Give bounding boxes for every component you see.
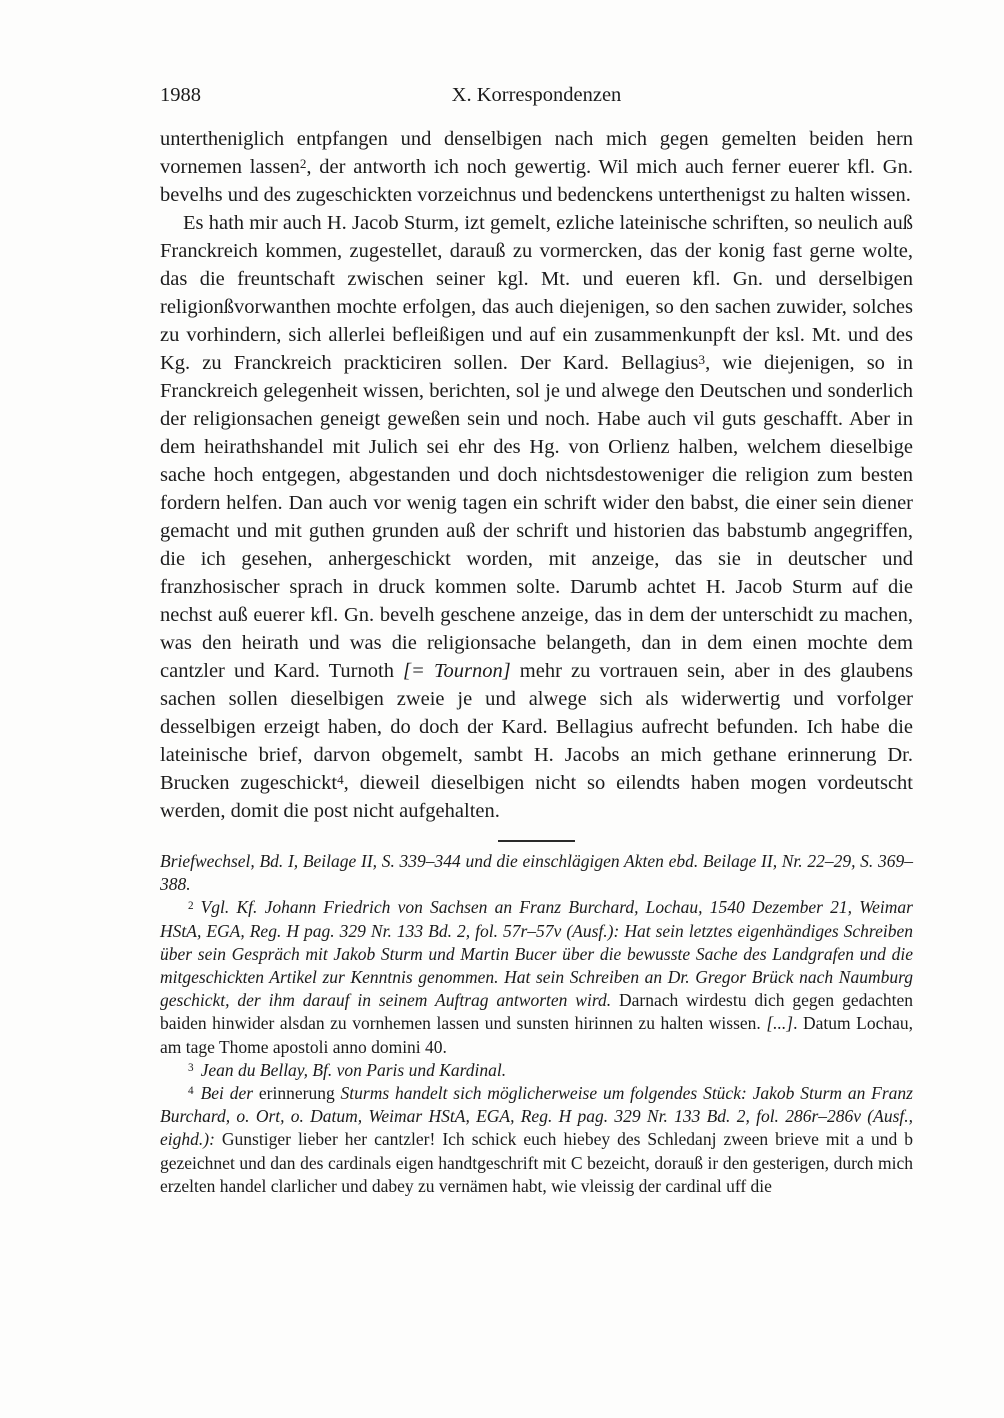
- scanned-book-page: 1988 X. Korrespondenzen untertheniglich …: [0, 0, 1004, 1418]
- footnote-marker: 3: [188, 1062, 194, 1074]
- text-run: , wie diejenigen, so in Franckreich gele…: [160, 352, 913, 682]
- footnotes-section: Briefwechsel, Bd. I, Beilage II, S. 339–…: [160, 850, 913, 1198]
- text-run: Bei der: [201, 1083, 259, 1103]
- footnote-4: 4Bei der erinnerung Sturms handelt sich …: [160, 1082, 913, 1198]
- text-run: Gunstiger lieber her cantzler! Ich schic…: [160, 1129, 913, 1195]
- footnote-reference-superscript: 3: [699, 352, 706, 367]
- footnote-2: 2Vgl. Kf. Johann Friedrich von Sachsen a…: [160, 896, 913, 1058]
- body-paragraph-1: untertheniglich entpfangen und denselbig…: [160, 125, 913, 209]
- text-run: [= Tournon]: [403, 660, 511, 682]
- running-header: 1988 X. Korrespondenzen: [160, 82, 913, 108]
- footnote-reference-superscript: 2: [300, 156, 307, 171]
- footnote-separator-rule: [498, 840, 575, 842]
- footnote-marker: 2: [188, 900, 194, 912]
- footnote-3: 3Jean du Bellay, Bf. von Paris und Kardi…: [160, 1059, 913, 1082]
- text-run: erinnerung: [259, 1083, 341, 1103]
- footnote-reference-superscript: 4: [337, 772, 344, 787]
- text-run: Briefwechsel, Bd. I, Beilage II, S. 339–…: [160, 851, 913, 894]
- text-column: 1988 X. Korrespondenzen untertheniglich …: [160, 82, 913, 1198]
- body-text: untertheniglich entpfangen und denselbig…: [160, 125, 913, 825]
- body-paragraph-2: Es hath mir auch H. Jacob Sturm, izt gem…: [160, 209, 913, 825]
- running-head-title: X. Korrespondenzen: [160, 82, 913, 108]
- text-run: [...]: [766, 1013, 793, 1033]
- footnote-marker: 4: [188, 1085, 194, 1097]
- text-run: Jean du Bellay, Bf. von Paris und Kardin…: [201, 1060, 507, 1080]
- text-run: Es hath mir auch H. Jacob Sturm, izt gem…: [160, 212, 913, 374]
- footnote-1-continuation: Briefwechsel, Bd. I, Beilage II, S. 339–…: [160, 850, 913, 896]
